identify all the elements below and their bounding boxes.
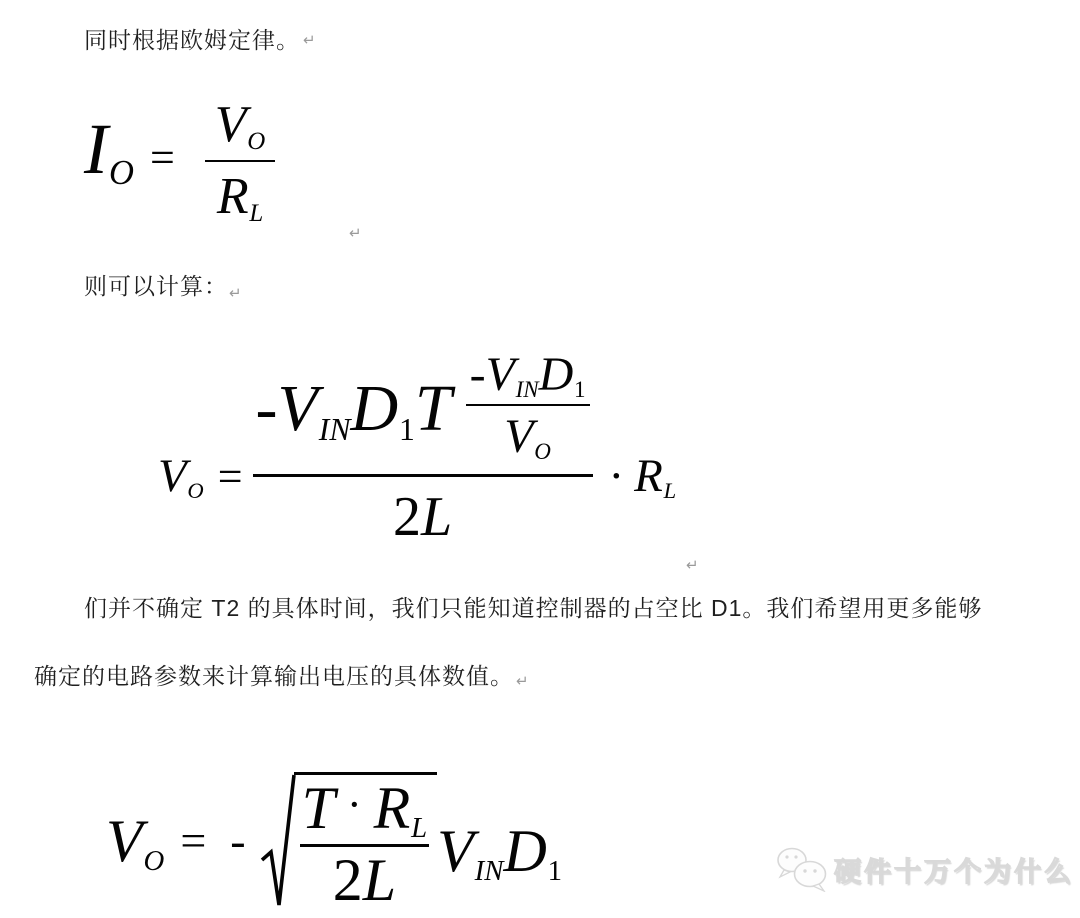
fraction-vo-over-rl: VO RL <box>205 98 276 225</box>
var-i: I <box>84 109 108 189</box>
square-root: T·RL 2L <box>260 772 438 910</box>
formula-vo-final: VO = - T·RL 2L VIND1 <box>106 772 562 910</box>
sub-in: IN <box>475 857 504 886</box>
watermark-text: 硬件十万个为什么 <box>834 850 1074 889</box>
paragraph-calc-intro: 则可以计算： <box>84 272 228 302</box>
minus-sign: - <box>230 818 245 864</box>
paragraph-mark: ↵ <box>686 558 699 573</box>
paragraph-mark: ↵ <box>229 286 242 301</box>
sub-o: O <box>534 440 551 463</box>
sub-l: L <box>249 202 263 227</box>
sub-o: O <box>187 480 203 503</box>
multiplication-dot: · <box>609 453 625 500</box>
term-minus-vin-d1-t: -VIND1T <box>256 376 452 442</box>
var-rl: RL <box>634 453 676 500</box>
var-v: V <box>437 818 474 884</box>
var-vo: VO <box>106 811 164 871</box>
sub-1: 1 <box>399 414 415 446</box>
fraction-bar <box>253 474 593 478</box>
inner-fraction: -VIND1 VO <box>466 351 590 461</box>
fraction-numerator: VO <box>205 98 276 153</box>
fraction-bar <box>466 404 590 406</box>
sqrt-fraction-denominator: 2L <box>333 853 396 908</box>
sub-1: 1 <box>548 857 562 886</box>
var-io: IO <box>84 113 134 185</box>
sub-1: 1 <box>574 378 586 401</box>
sub-o: O <box>109 156 134 191</box>
equals-sign: = <box>218 455 243 499</box>
sqrt-radical-icon <box>260 772 296 910</box>
coefficient-2: 2 <box>333 847 363 913</box>
multiplication-dot: · <box>347 784 362 826</box>
sub-in: IN <box>319 414 351 446</box>
var-t: T <box>415 372 452 445</box>
term-vin-d1: VIND1 <box>437 821 562 881</box>
var-r: R <box>374 775 411 841</box>
minus-sign: - <box>256 372 278 445</box>
var-d: D <box>350 372 398 445</box>
var-v: V <box>486 348 515 401</box>
paragraph-body-line1: 们并不确定 T2 的具体时间，我们只能知道控制器的占空比 D1。我们希望用更多能… <box>84 594 982 624</box>
var-r: R <box>217 168 249 225</box>
paragraph-ohm-law-text: 同时根据欧姆定律。 <box>84 27 300 53</box>
fraction-denominator: RL <box>207 170 273 225</box>
inner-fraction-numerator: -VIND1 <box>466 351 590 399</box>
sub-o: O <box>144 847 165 876</box>
equals-sign: = <box>180 818 206 864</box>
paragraph-body-line2: 确定的电路参数来计算输出电压的具体数值。 <box>34 662 514 692</box>
watermark: 硬件十万个为什么 <box>776 846 1074 892</box>
document-page: 同时根据欧姆定律。 ↵ IO = VO RL ↵ 则可以计算： ↵ VO = -… <box>0 0 1080 918</box>
sub-l: L <box>411 814 427 843</box>
paragraph-ohm-law: 同时根据欧姆定律。 <box>84 26 300 56</box>
sub-l: L <box>664 480 677 503</box>
sqrt-fraction: T·RL 2L <box>300 780 430 908</box>
var-d: D <box>503 818 546 884</box>
wechat-icon <box>776 846 828 892</box>
var-t: T <box>302 780 335 837</box>
paragraph-mark: ↵ <box>349 226 362 241</box>
var-d: D <box>539 348 574 401</box>
minus-sign: - <box>470 348 486 401</box>
equals-sign: = <box>150 136 175 180</box>
coefficient-2: 2 <box>393 486 421 548</box>
formula-vo-intermediate: VO = -VIND1T -VIND1 VO 2L · RL <box>158 354 676 545</box>
paragraph-body-line1-text: 们并不确定 T2 的具体时间，我们只能知道控制器的占空比 D1。我们希望用更多能… <box>84 595 982 621</box>
sub-in: IN <box>516 378 539 401</box>
paragraph-mark: ↵ <box>516 674 529 689</box>
paragraph-mark: ↵ <box>303 33 316 48</box>
var-v: V <box>504 410 533 463</box>
main-fraction-denominator: 2L <box>393 489 452 545</box>
sqrt-content: T·RL 2L <box>294 772 438 908</box>
inner-fraction-denominator: VO <box>500 413 555 461</box>
var-l: L <box>363 847 396 913</box>
main-fraction: -VIND1T -VIND1 VO 2L <box>253 354 593 545</box>
sqrt-fraction-numerator: T·RL <box>300 780 430 837</box>
var-v: V <box>106 808 143 874</box>
main-fraction-numerator: -VIND1T -VIND1 VO <box>253 354 593 464</box>
var-v: V <box>215 96 247 153</box>
fraction-bar <box>205 160 276 163</box>
var-l: L <box>421 486 452 548</box>
paragraph-body-line2-text: 确定的电路参数来计算输出电压的具体数值。 <box>34 663 514 689</box>
sub-o: O <box>247 130 265 155</box>
formula-io-equals-vo-over-rl: IO = VO RL <box>84 98 275 225</box>
var-vo: VO <box>158 453 204 500</box>
var-v: V <box>158 450 187 502</box>
var-rl: RL <box>374 780 428 837</box>
paragraph-calc-intro-text: 则可以计算： <box>84 273 228 299</box>
var-r: R <box>634 450 663 502</box>
var-v: V <box>278 372 318 445</box>
